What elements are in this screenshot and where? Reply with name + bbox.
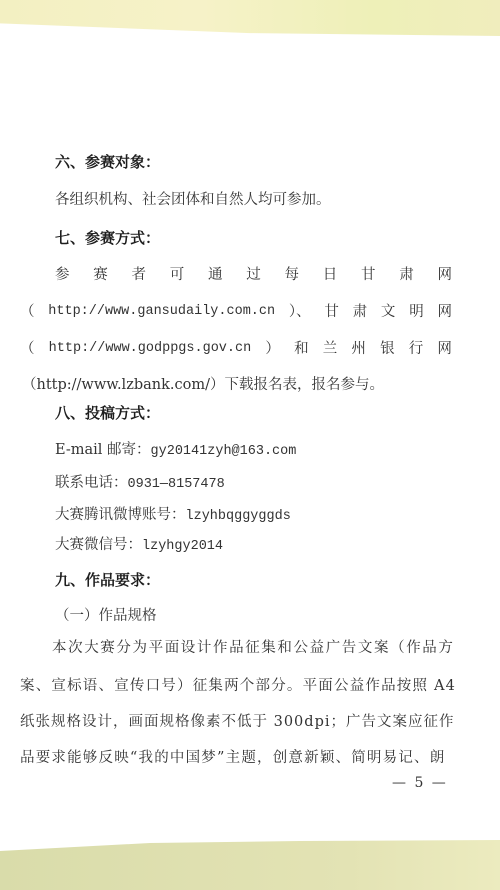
char: 者 [132, 265, 147, 285]
char: 甘 [361, 265, 376, 285]
paren-close: ）、 [289, 302, 311, 322]
char: 兰 [323, 339, 338, 359]
char: 网 [438, 265, 453, 285]
para-line-2: 案、宣标语、宣传口号）征集两个部分。平面公益作品按照 A4 [20, 676, 456, 696]
char: 文 [381, 302, 396, 322]
para-line-3: 纸张规格设计，画面规格像素不低于 300dpi；广告文案应征作 [20, 712, 454, 732]
char: 过 [246, 265, 261, 285]
char: 参 [55, 265, 70, 285]
wechat-label: 大赛微信号： [55, 537, 142, 553]
method-line-1: 参 赛 者 可 通 过 每 日 甘 肃 网 [55, 265, 452, 285]
document-page: 六、参赛对象： 各组织机构、社会团体和自然人均可参加。 七、参赛方式： 参 赛 … [0, 0, 500, 890]
participants-text: 各组织机构、社会团体和自然人均可参加。 [55, 190, 331, 210]
para-line-4: 品要求能够反映“我的中国梦”主题，创意新颖、简明易记、朗 [20, 748, 445, 768]
char: 肃 [399, 265, 414, 285]
char: 可 [170, 265, 185, 285]
section-heading-method: 七、参赛方式： [55, 228, 160, 248]
char: 银 [380, 339, 395, 359]
method-line-2: （ http://www.gansudaily.com.cn ）、 甘 肃 文 … [20, 302, 452, 322]
char: 明 [409, 302, 424, 322]
char: 网 [437, 302, 452, 322]
char: 网 [437, 339, 452, 359]
section-heading-participants: 六、参赛对象： [55, 152, 160, 172]
char: 州 [351, 339, 366, 359]
paren-open: （ [20, 339, 35, 359]
char: 每 [285, 265, 300, 285]
paren-open: （ [20, 302, 35, 322]
weibo-value: lzyhbqggyggds [186, 509, 291, 524]
link-godppgs[interactable]: http://www.godppgs.gov.cn [49, 339, 252, 359]
link-gansudaily[interactable]: http://www.gansudaily.com.cn [48, 302, 275, 322]
para-line-1: 本次大赛分为平面设计作品征集和公益广告文案（作品方 [52, 638, 455, 658]
phone-label: 联系电话： [55, 475, 128, 491]
page-number: — 5 — [392, 775, 448, 791]
phone-value: 0931—8157478 [128, 477, 225, 492]
weibo-label: 大赛腾讯微博账号： [55, 507, 186, 523]
char: 和 [294, 339, 309, 359]
subheading-spec: （一）作品规格 [55, 606, 157, 626]
section-heading-submission: 八、投稿方式： [55, 403, 160, 423]
char: 日 [323, 265, 338, 285]
phone-line: 联系电话：0931—8157478 [55, 473, 225, 495]
weibo-line: 大赛腾讯微博账号：lzyhbqggyggds [55, 505, 291, 527]
wechat-line: 大赛微信号：lzyhgy2014 [55, 535, 223, 557]
char: 行 [409, 339, 424, 359]
char: 通 [208, 265, 223, 285]
wechat-value: lzyhgy2014 [142, 539, 223, 554]
method-line-3: （ http://www.godppgs.gov.cn ） 和 兰 州 银 行 … [20, 339, 452, 359]
char: 甘 [324, 302, 339, 322]
char: 赛 [93, 265, 108, 285]
email-line: E-mail 邮寄：gy20141zyh@163.com [55, 440, 296, 462]
paren-close: ） [265, 339, 280, 359]
char: 肃 [353, 302, 368, 322]
method-line-4: （http://www.lzbank.com/）下载报名表，报名参与。 [22, 375, 384, 395]
section-heading-requirements: 九、作品要求： [55, 570, 160, 590]
email-label: E-mail 邮寄： [55, 442, 151, 458]
email-value[interactable]: gy20141zyh@163.com [151, 444, 297, 459]
